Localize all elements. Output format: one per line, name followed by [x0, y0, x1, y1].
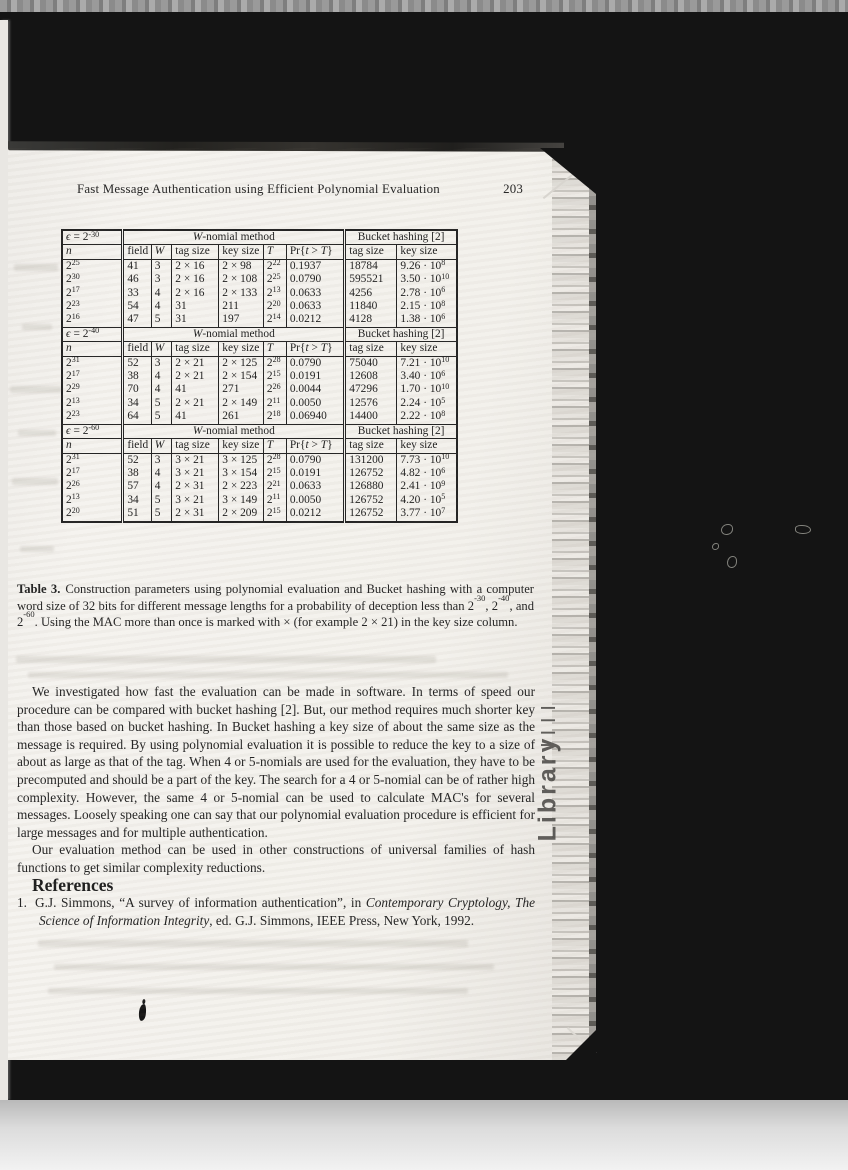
table-cell: 2 × 21	[172, 370, 219, 383]
table-column-header-row: nfieldWtag sizekey sizeTPr{t > T}tag siz…	[62, 342, 457, 356]
table-cell: key size	[219, 245, 264, 259]
table-column-header-row: nfieldWtag sizekey sizeTPr{t > T}tag siz…	[62, 439, 457, 453]
table-cell: 3.77 · 107	[397, 507, 457, 521]
table-cell: 3 × 154	[219, 467, 264, 480]
ink-blot	[138, 1004, 147, 1022]
table-cell: 261	[219, 410, 264, 424]
table-row: 2173843 × 213 × 1542150.01911267524.82 ·…	[62, 467, 457, 480]
table-cell: 0.0191	[286, 370, 344, 383]
table-cell: 3 × 21	[172, 453, 219, 467]
table-cell: W	[151, 439, 172, 453]
table-cell: 41	[172, 410, 219, 424]
page-title: Fast Message Authentication using Effici…	[77, 182, 440, 197]
table-row: 2254132 × 162 × 982220.1937187849.26 · 1…	[62, 259, 457, 273]
table-cell: 218	[263, 410, 286, 424]
table-cell: 2 × 31	[172, 507, 219, 521]
table-cell: 54	[123, 300, 151, 313]
table-cell: tag size	[172, 439, 219, 453]
table-cell: 47296	[345, 383, 397, 396]
table-cell: 52	[123, 453, 151, 467]
table-cell: 7.73 · 1010	[397, 453, 457, 467]
table-cell: 0.0044	[286, 383, 344, 396]
reference-number: 1.	[17, 894, 35, 912]
table-cell: 5	[151, 410, 172, 424]
scanner-top-strip	[0, 0, 848, 12]
table-cell: 5	[151, 397, 172, 410]
table-cell: 4	[151, 287, 172, 300]
table-cell: 231	[62, 453, 123, 467]
table-cell: 271	[219, 383, 264, 396]
table-cell: 0.0633	[286, 287, 344, 300]
reference-text-post: , ed. G.J. Simmons, IEEE Press, New York…	[209, 913, 474, 928]
page-top-torn-edge	[8, 141, 564, 151]
table-cell: 197	[219, 313, 264, 327]
table-cell: 215	[263, 507, 286, 521]
construction-table: ϵ = 2-30W-nomial methodBucket hashing [2…	[61, 229, 458, 523]
table-cell: W-nomial method	[123, 230, 345, 245]
table-cell: 34	[123, 397, 151, 410]
table-cell: 126752	[345, 507, 397, 521]
table-cell: tag size	[172, 342, 219, 356]
scanned-paper-page: Fast Message Authentication using Effici…	[8, 148, 596, 1060]
table-cell: T	[263, 342, 286, 356]
table-cell: 3	[151, 453, 172, 467]
table-row: 216475311972140.021241281.38 · 106	[62, 313, 457, 327]
table-cell: 0.0633	[286, 300, 344, 313]
table-cell: 1.70 · 1010	[397, 383, 457, 396]
table-cell: 2 × 223	[219, 480, 264, 493]
table-row: 2304632 × 162 × 1082250.07905955213.50 ·…	[62, 273, 457, 286]
scanner-left-edge	[0, 20, 8, 1100]
table-cell: key size	[397, 439, 457, 453]
table-cell: 5	[151, 507, 172, 521]
table-cell: 38	[123, 467, 151, 480]
table-row: 2315233 × 213 × 1252280.07901312007.73 ·…	[62, 453, 457, 467]
table-cell: 4	[151, 467, 172, 480]
table-cell: 2 × 31	[172, 480, 219, 493]
table-cell: 220	[62, 507, 123, 521]
table-cell: 131200	[345, 453, 397, 467]
table-row: 229704412712260.0044472961.70 · 1010	[62, 383, 457, 396]
table-cell: 5	[151, 494, 172, 507]
table-cell: Bucket hashing [2]	[345, 327, 457, 341]
table-cell: 4128	[345, 313, 397, 327]
table-cell: 64	[123, 410, 151, 424]
table-cell: 38	[123, 370, 151, 383]
table-cell: 0.0790	[286, 356, 344, 370]
table-cell: 0.0191	[286, 467, 344, 480]
table-cell: 2 × 154	[219, 370, 264, 383]
ghost-smudge	[10, 386, 62, 393]
table-row: 2173342 × 162 × 1332130.063342562.78 · 1…	[62, 287, 457, 300]
table-cell: 34	[123, 494, 151, 507]
table-cell: 126880	[345, 480, 397, 493]
table-cell: 51	[123, 507, 151, 521]
table-cell: W	[151, 342, 172, 356]
table-row: 2133452 × 212 × 1492110.0050125762.24 · …	[62, 397, 457, 410]
table-cell: 12576	[345, 397, 397, 410]
table-cell: 31	[172, 313, 219, 327]
table-cell: 2 × 16	[172, 259, 219, 273]
table-cell: 5	[151, 313, 172, 327]
table-cell: 2 × 133	[219, 287, 264, 300]
table-row: 223544312112200.0633118402.15 · 108	[62, 300, 457, 313]
table-cell: tag size	[172, 245, 219, 259]
table-cell: 4	[151, 383, 172, 396]
reference-text: G.J. Simmons, “A survey of information a…	[35, 895, 535, 928]
table-cell: 228	[263, 453, 286, 467]
table-caption-label: Table 3.	[17, 582, 60, 596]
ghost-smudge	[16, 656, 436, 663]
scanner-bottom-band	[0, 1100, 848, 1170]
table-cell: 3.50 · 1010	[397, 273, 457, 286]
table-cell: 2 × 16	[172, 287, 219, 300]
table-cell: 126752	[345, 467, 397, 480]
table-cell: Pr{t > T}	[286, 439, 344, 453]
table-cell: 3	[151, 259, 172, 273]
table-cell: 2.24 · 105	[397, 397, 457, 410]
table-cell: 4	[151, 300, 172, 313]
table-cell: 2 × 98	[219, 259, 264, 273]
running-header: Fast Message Authentication using Effici…	[77, 182, 523, 197]
table-cell: 2 × 149	[219, 397, 264, 410]
table-block-header-row: ϵ = 2-40W-nomial methodBucket hashing [2…	[62, 327, 457, 341]
corner-cut-top-right	[540, 148, 596, 194]
ghost-smudge	[38, 940, 468, 947]
table-row: 2133453 × 213 × 1492110.00501267524.20 ·…	[62, 494, 457, 507]
ghost-smudge	[14, 264, 58, 271]
page-number: 203	[503, 182, 523, 197]
table-row: 2173842 × 212 × 1542150.0191126083.40 · …	[62, 370, 457, 383]
table-cell: 0.06940	[286, 410, 344, 424]
table-3-wrapper: ϵ = 2-30W-nomial methodBucket hashing [2…	[61, 229, 458, 523]
table-cell: field	[123, 439, 151, 453]
table-cell: Pr{t > T}	[286, 245, 344, 259]
table-cell: n	[62, 342, 123, 356]
table-cell: T	[263, 439, 286, 453]
table-cell: 4.82 · 106	[397, 467, 457, 480]
table-cell: ϵ = 2-60	[62, 424, 123, 438]
table-cell: Bucket hashing [2]	[345, 230, 457, 245]
table-cell: 70	[123, 383, 151, 396]
table-cell: key size	[397, 342, 457, 356]
table-cell: key size	[397, 245, 457, 259]
table-cell: 2 × 125	[219, 356, 264, 370]
table-cell: 0.0212	[286, 507, 344, 521]
table-cell: n	[62, 439, 123, 453]
table-row: 2205152 × 312 × 2092150.02121267523.77 ·…	[62, 507, 457, 521]
table-cell: Bucket hashing [2]	[345, 424, 457, 438]
table-cell: 75040	[345, 356, 397, 370]
scan-speck	[727, 556, 737, 568]
table-cell: tag size	[345, 342, 397, 356]
table-cell: 46	[123, 273, 151, 286]
table-row: 2265742 × 312 × 2232210.06331268802.41 ·…	[62, 480, 457, 493]
body-paragraph-2: Our evaluation method can be used in oth…	[17, 841, 535, 876]
table-cell: 33	[123, 287, 151, 300]
table-row: 223645412612180.06940144002.22 · 108	[62, 410, 457, 424]
corner-cut-bottom-right	[566, 1030, 596, 1060]
table-cell: 4	[151, 480, 172, 493]
table-cell: 3	[151, 273, 172, 286]
table-cell: 2.41 · 109	[397, 480, 457, 493]
table-cell: 3 × 125	[219, 453, 264, 467]
table-cell: tag size	[345, 245, 397, 259]
table-cell: 7.21 · 1010	[397, 356, 457, 370]
table-cell: 57	[123, 480, 151, 493]
table-cell: 2 × 209	[219, 507, 264, 521]
table-cell: key size	[219, 342, 264, 356]
table-cell: ϵ = 2-30	[62, 230, 123, 245]
table-cell: 3	[151, 356, 172, 370]
table-cell: 11840	[345, 300, 397, 313]
table-cell: 0.0790	[286, 453, 344, 467]
table-cell: 3 × 149	[219, 494, 264, 507]
table-cell: ϵ = 2-40	[62, 327, 123, 341]
table-cell: 12608	[345, 370, 397, 383]
table-cell: 2.78 · 106	[397, 287, 457, 300]
table-cell: 126752	[345, 494, 397, 507]
stamp-text: Library	[534, 736, 563, 842]
table-cell: key size	[219, 439, 264, 453]
table-cell: 2 × 108	[219, 273, 264, 286]
ghost-smudge	[48, 988, 468, 994]
table-caption-text: Construction parameters using polynomial…	[17, 582, 534, 629]
table-cell: 0.0633	[286, 480, 344, 493]
table-block-header-row: ϵ = 2-60W-nomial methodBucket hashing [2…	[62, 424, 457, 438]
table-cell: 226	[263, 383, 286, 396]
table-cell: 0.0050	[286, 397, 344, 410]
table-cell: 228	[263, 356, 286, 370]
table-cell: 52	[123, 356, 151, 370]
table-cell: 0.0050	[286, 494, 344, 507]
table-cell: 2 × 21	[172, 397, 219, 410]
table-cell: 47	[123, 313, 151, 327]
table-cell: 0.0790	[286, 273, 344, 286]
table-cell: 31	[172, 300, 219, 313]
table-column-header-row: nfieldWtag sizekey sizeTPr{t > T}tag siz…	[62, 245, 457, 259]
table-cell: 214	[263, 313, 286, 327]
table-cell: 2 × 21	[172, 356, 219, 370]
table-cell: 1.38 · 106	[397, 313, 457, 327]
table-row: 2315232 × 212 × 1252280.0790750407.21 · …	[62, 356, 457, 370]
table-cell: 18784	[345, 259, 397, 273]
library-stamp: | | | | Library	[535, 373, 561, 803]
table-cell: 0.0212	[286, 313, 344, 327]
table-cell: 2.22 · 108	[397, 410, 457, 424]
ghost-smudge	[18, 430, 56, 436]
table-cell: W-nomial method	[123, 424, 345, 438]
table-cell: 2.15 · 108	[397, 300, 457, 313]
ghost-smudge	[22, 324, 52, 330]
ghost-smudge	[20, 546, 54, 552]
table-cell: 231	[62, 356, 123, 370]
table-cell: 3 × 21	[172, 467, 219, 480]
ghost-smudge	[28, 672, 508, 678]
table-cell: 595521	[345, 273, 397, 286]
body-paragraph-1: We investigated how fast the evaluation …	[17, 683, 535, 841]
references-heading: References	[17, 877, 535, 895]
table-cell: 41	[172, 383, 219, 396]
scan-speck	[721, 524, 733, 535]
ghost-smudge	[12, 478, 58, 485]
table-cell: Pr{t > T}	[286, 342, 344, 356]
table-cell: 229	[62, 383, 123, 396]
table-cell: 0.1937	[286, 259, 344, 273]
table-caption: Table 3.Construction parameters using po…	[17, 581, 534, 631]
table-cell: 2 × 16	[172, 273, 219, 286]
table-cell: 3 × 21	[172, 494, 219, 507]
scan-speck	[795, 525, 811, 534]
body-text-column: We investigated how fast the evaluation …	[17, 683, 535, 929]
table-cell: W	[151, 245, 172, 259]
table-cell: field	[123, 342, 151, 356]
table-cell: 4	[151, 370, 172, 383]
reference-text-pre: G.J. Simmons, “A survey of information a…	[35, 895, 366, 910]
table-cell: field	[123, 245, 151, 259]
table-cell: 211	[219, 300, 264, 313]
table-cell: 14400	[345, 410, 397, 424]
reference-item: 1.G.J. Simmons, “A survey of information…	[17, 894, 535, 929]
table-cell: 4256	[345, 287, 397, 300]
scan-speck	[712, 543, 719, 550]
table-cell: tag size	[345, 439, 397, 453]
table-block-header-row: ϵ = 2-30W-nomial methodBucket hashing [2…	[62, 230, 457, 245]
table-cell: W-nomial method	[123, 327, 345, 341]
table-cell: 4.20 · 105	[397, 494, 457, 507]
table-cell: 41	[123, 259, 151, 273]
ghost-smudge	[54, 964, 494, 970]
